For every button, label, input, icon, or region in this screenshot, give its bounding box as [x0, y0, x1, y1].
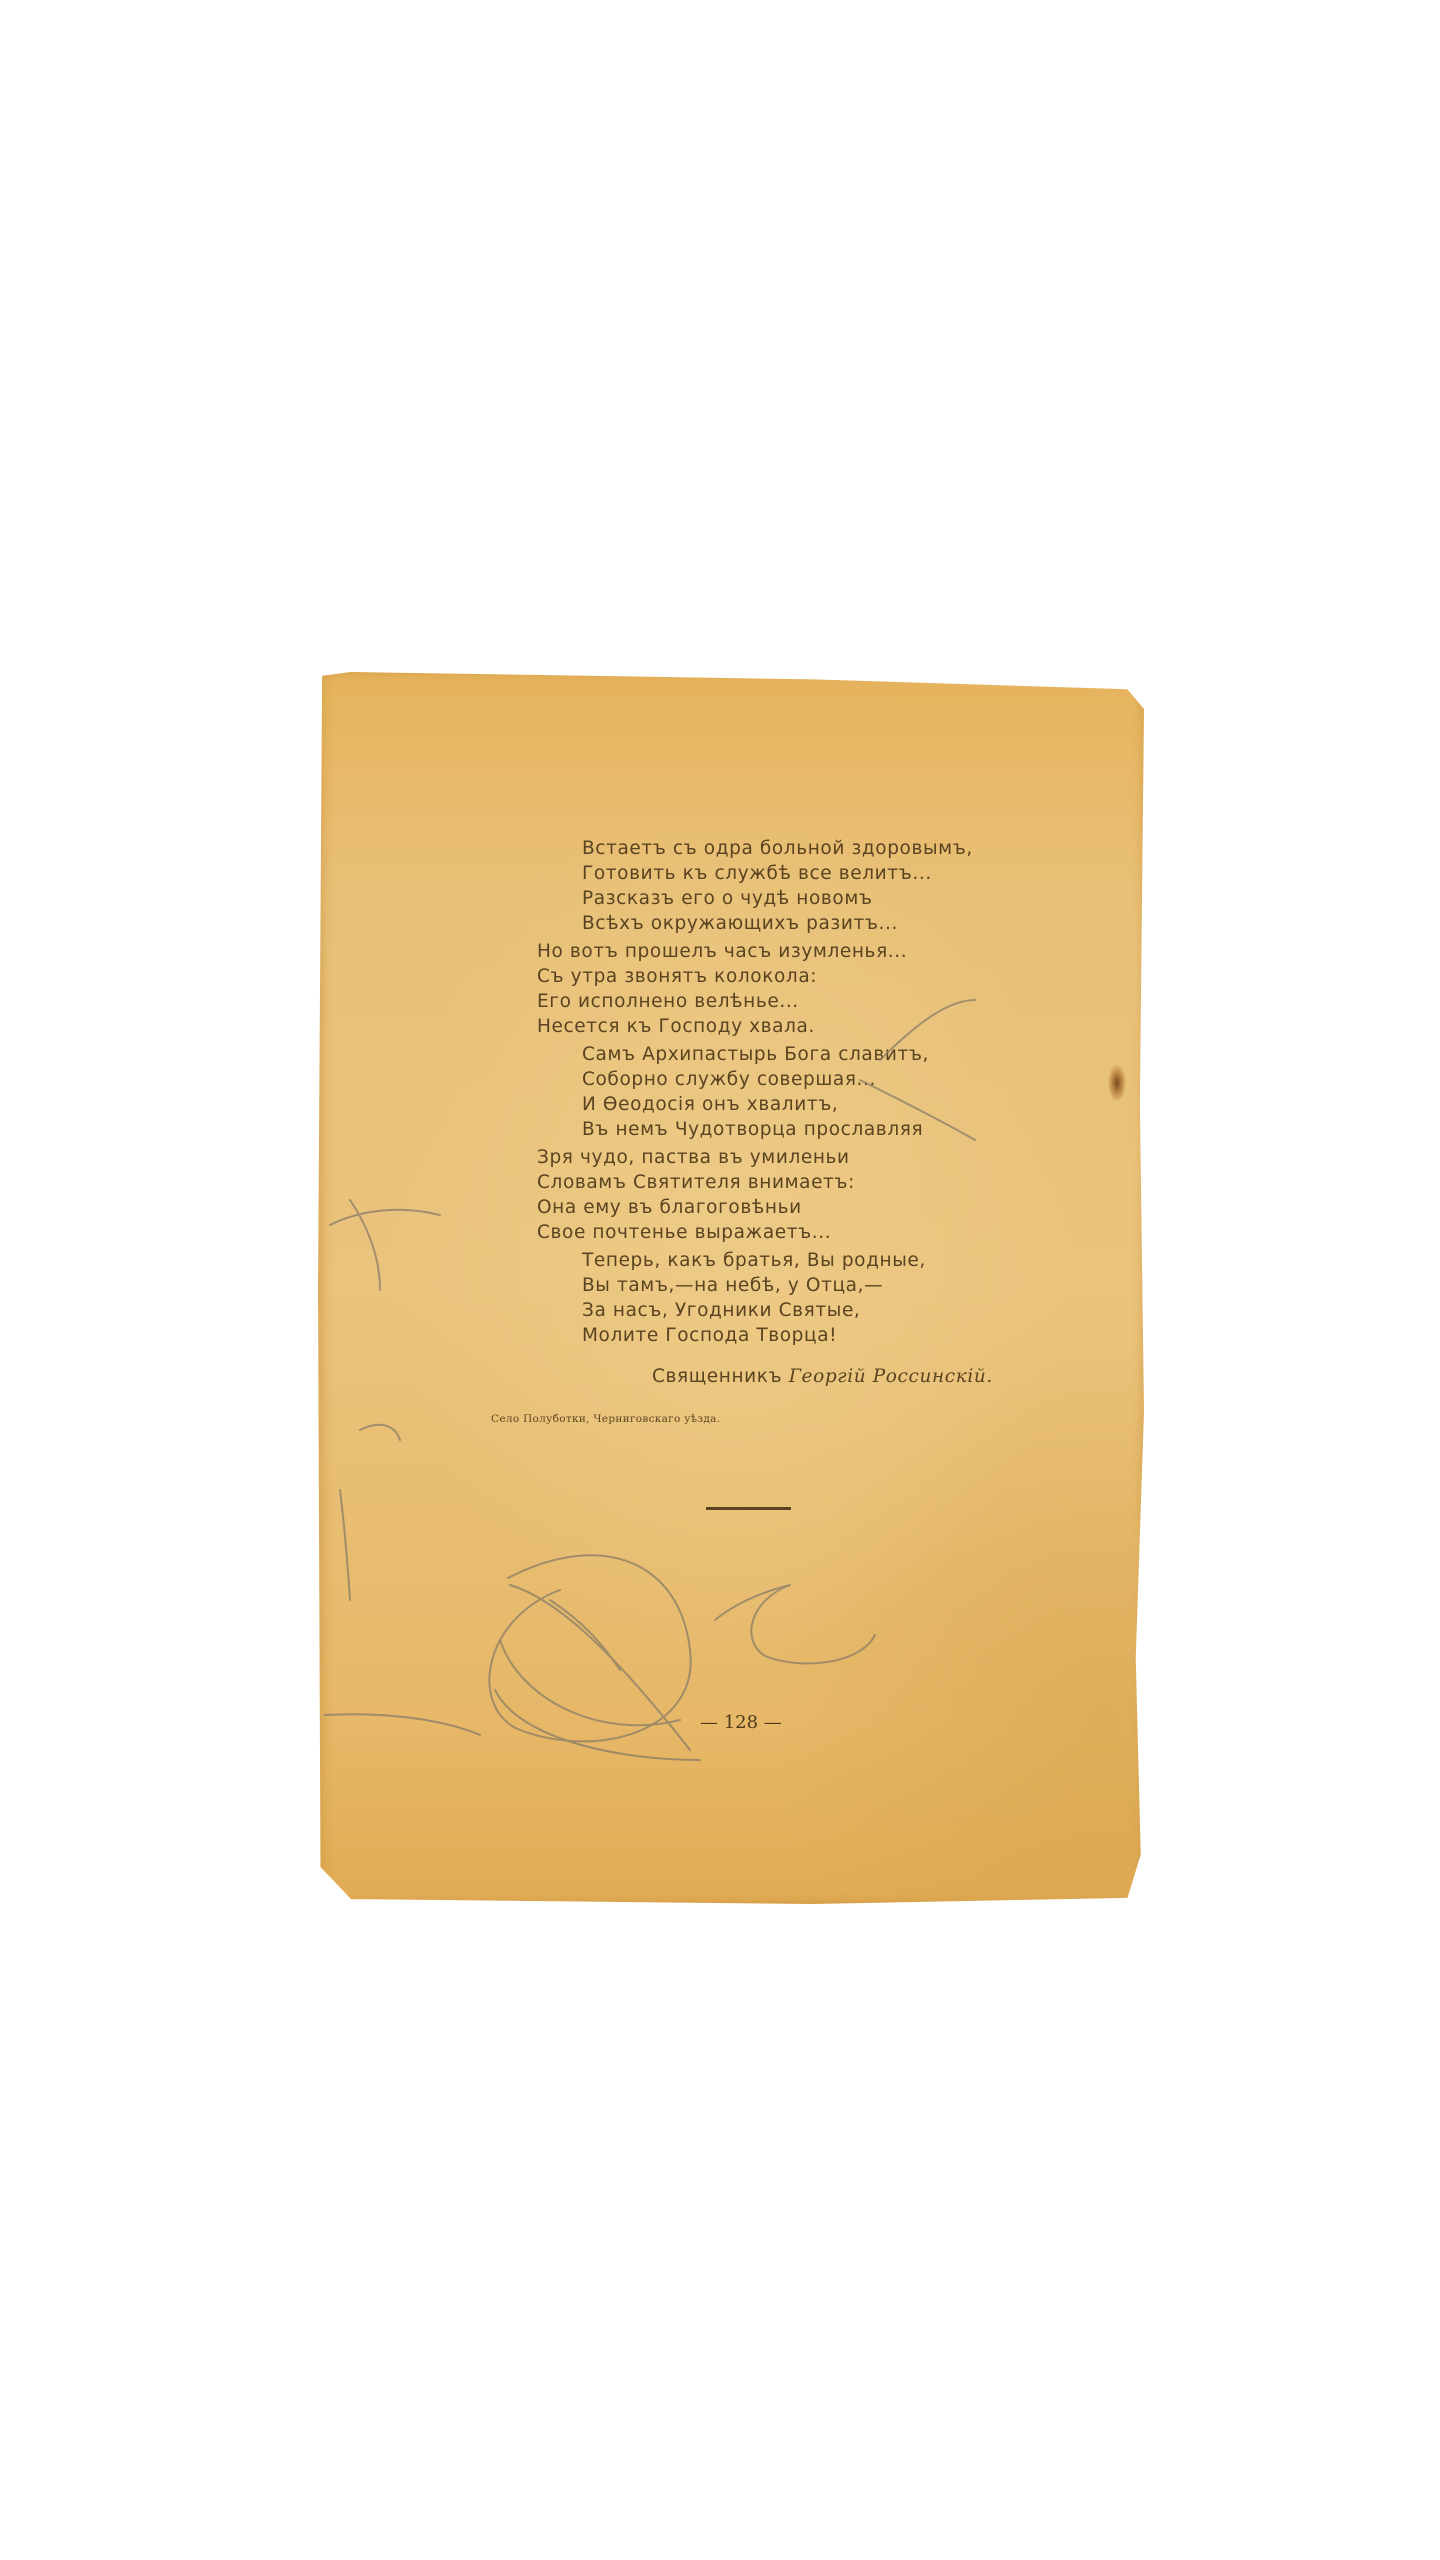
poem-line: Несется къ Господу хвала.	[537, 1014, 1037, 1039]
location-note: Село Полуботки, Черниговскаго уѣзда.	[491, 1413, 720, 1425]
poem-line: Въ немъ Чудотворца прославляя	[537, 1117, 1037, 1142]
poem-line: Молите Господа Творца!	[537, 1323, 1037, 1348]
poem-line: Встаетъ съ одра больной здоровымъ,	[537, 836, 1037, 861]
signature: Священникъ Георгій Россинскій.	[652, 1366, 993, 1387]
poem-line: Вы тамъ,—на небѣ, у Отца,—	[537, 1273, 1037, 1298]
poem-line: Но вотъ прошелъ часъ изумленья...	[537, 939, 1037, 964]
signature-title: Священникъ	[652, 1366, 782, 1387]
poem-line: За насъ, Угодники Святые,	[537, 1298, 1037, 1323]
author-name: Георгій Россинскій.	[789, 1366, 993, 1387]
poem-line: Словамъ Святителя внимаетъ:	[537, 1170, 1037, 1195]
poem-line: И Өеодосія онъ хвалитъ,	[537, 1092, 1037, 1117]
poem-text: Встаетъ съ одра больной здоровымъ,Готови…	[537, 836, 1037, 1348]
poem-line: Готовить къ службѣ все велитъ...	[537, 861, 1037, 886]
poem-line: Его исполнено велѣнье...	[537, 989, 1037, 1014]
poem-line: Свое почтенье выражаетъ...	[537, 1220, 1037, 1245]
poem-line: Всѣхъ окружающихъ разитъ...	[537, 911, 1037, 936]
poem-line: Самъ Архипастырь Бога славитъ,	[537, 1042, 1037, 1067]
poem-line: Разсказъ его о чудѣ новомъ	[537, 886, 1037, 911]
paper-stain	[1108, 1065, 1126, 1101]
poem-line: Соборно службу совершая...	[537, 1067, 1037, 1092]
poem-line: Теперь, какъ братья, Вы родные,	[537, 1248, 1037, 1273]
page-number: — 128 —	[700, 1712, 782, 1733]
poem-line: Съ утра звонятъ колокола:	[537, 964, 1037, 989]
section-divider	[706, 1507, 791, 1510]
poem-line: Она ему въ благоговѣньи	[537, 1195, 1037, 1220]
poem-line: Зря чудо, паства въ умиленьи	[537, 1145, 1037, 1170]
